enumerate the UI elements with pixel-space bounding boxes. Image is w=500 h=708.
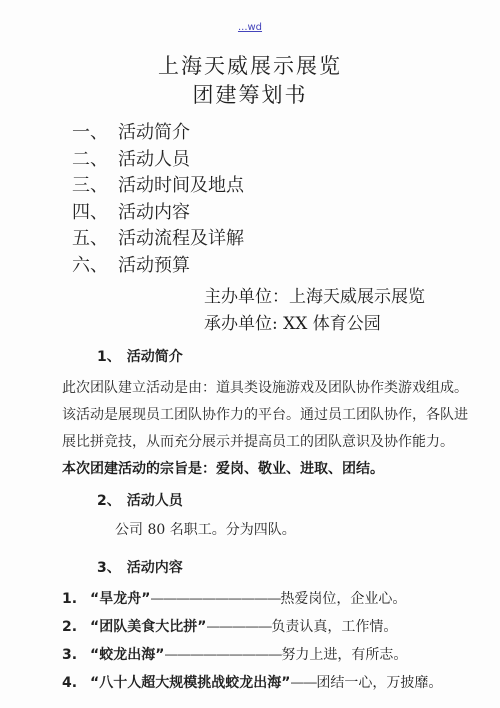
activity-name: “八十人超大规模挑战蛟龙出海” — [90, 675, 290, 691]
activity-item-3: 3.“蛟龙出海”—————————努力上进，有所志。 — [62, 641, 500, 669]
section-number: 1、 — [97, 349, 121, 365]
title-line-2: 团建筹划书 — [0, 81, 500, 110]
toc-item-6: 六、活动预算 — [72, 253, 500, 280]
toc-item-number: 四、 — [72, 202, 108, 223]
dash-leader: —————————— — [150, 591, 280, 607]
toc-item-number: 五、 — [72, 228, 108, 249]
section-heading-1: 1、活动简介 — [97, 346, 500, 368]
toc-item-1: 一、活动简介 — [72, 120, 500, 147]
activity-name: “团队美食大比拼” — [90, 619, 206, 635]
toc-item-number: 一、 — [72, 122, 108, 143]
toc-item-4: 四、活动内容 — [72, 200, 500, 227]
host-unit-line: 主办单位：上海天威展示展览 — [204, 284, 500, 311]
toc-item-3: 三、活动时间及地点 — [72, 173, 500, 200]
toc-item-label: 活动流程及详解 — [118, 228, 244, 249]
section-number: 2、 — [97, 493, 121, 509]
section-title: 活动人员 — [127, 493, 183, 509]
activity-item-2: 2.“团队美食大比拼”—————负责认真，工作情。 — [62, 613, 500, 641]
purpose-statement: 本次团建活动的宗旨是：爱岗、敬业、进取、团结。 — [62, 456, 480, 482]
toc-item-label: 活动内容 — [118, 202, 190, 223]
toc-item-label: 活动时间及地点 — [118, 175, 244, 196]
toc-item-label: 活动人员 — [118, 149, 190, 170]
title-line-1: 上海天威展示展览 — [0, 52, 500, 81]
section-heading-3: 3、活动内容 — [97, 557, 500, 579]
dash-leader: ————— — [206, 619, 271, 635]
activity-name: “蛟龙出海” — [90, 647, 164, 663]
document-title: 上海天威展示展览 团建筹划书 — [0, 52, 500, 110]
document-page: ...wd 上海天威展示展览 团建筹划书 一、活动简介 二、活动人员 三、活动时… — [0, 0, 500, 708]
toc-item-2: 二、活动人员 — [72, 147, 500, 174]
activity-name: “旱龙舟” — [90, 591, 150, 607]
activity-motto: 努力上进，有所志。 — [281, 647, 407, 663]
activity-number: 3. — [62, 641, 90, 669]
organizer-block: 主办单位：上海天威展示展览 承办单位: XX 体育公园 — [204, 284, 500, 338]
activity-motto: 负责认真，工作情。 — [271, 619, 397, 635]
toc-item-number: 二、 — [72, 149, 108, 170]
activity-number: 4. — [62, 669, 90, 697]
dash-leader: —— — [290, 675, 316, 691]
activity-item-1: 1.“旱龙舟”——————————热爱岗位，企业心。 — [62, 585, 500, 613]
toc-item-label: 活动预算 — [118, 255, 190, 276]
section-number: 3、 — [97, 560, 121, 576]
paragraph-intro-line-1: 此次团队建立活动是由：道具类设施游戏及团队协作类游戏组成。 — [62, 375, 480, 402]
toc-item-number: 六、 — [72, 255, 108, 276]
activity-number: 2. — [62, 613, 90, 641]
toc-item-label: 活动简介 — [118, 122, 190, 143]
activity-motto: 热爱岗位，企业心。 — [280, 591, 406, 607]
dash-leader: ————————— — [164, 647, 281, 663]
paragraph-intro-line-3: 展比拼竞技，从而充分展示并提高员工的团队意识及协作能力。 — [62, 429, 480, 456]
activity-motto: 团结一心，万披靡。 — [316, 675, 442, 691]
toc-item-number: 三、 — [72, 175, 108, 196]
table-of-contents: 一、活动简介 二、活动人员 三、活动时间及地点 四、活动内容 五、活动流程及详解… — [72, 120, 500, 279]
section-heading-2: 2、活动人员 — [97, 490, 500, 512]
activity-list: 1.“旱龙舟”——————————热爱岗位，企业心。 2.“团队美食大比拼”——… — [0, 585, 500, 697]
activity-number: 1. — [62, 585, 90, 613]
staff-description: 公司 80 名职工。分为四队。 — [115, 517, 500, 543]
toc-item-5: 五、活动流程及详解 — [72, 226, 500, 253]
section-title: 活动简介 — [127, 349, 183, 365]
activity-item-4: 4.“八十人超大规模挑战蛟龙出海”——团结一心，万披靡。 — [62, 669, 500, 697]
section-title: 活动内容 — [127, 560, 183, 576]
undertaker-unit-line: 承办单位: XX 体育公园 — [204, 311, 500, 338]
paragraph-intro-line-2: 该活动是展现员工团队协作力的平台。通过员工团队协作，各队进 — [62, 402, 480, 429]
watermark-link[interactable]: ...wd — [0, 22, 500, 33]
